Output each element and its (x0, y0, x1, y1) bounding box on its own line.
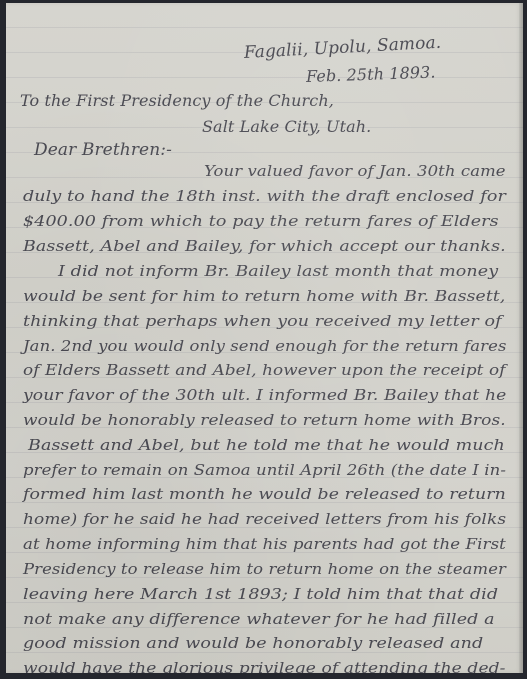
body-line: good mission and would be honorably rele… (23, 634, 483, 652)
body-line: I did not inform Br. Bailey last month t… (58, 262, 498, 280)
body-line: leaving here March 1st 1893; I told him … (23, 585, 498, 603)
salutation: Dear Brethren:- (34, 140, 172, 160)
body-line: duly to hand the 18th inst. with the dra… (23, 187, 506, 205)
body-line: would be sent for him to return home wit… (23, 287, 505, 305)
body-line: at home informing him that his parents h… (23, 535, 506, 553)
body-line: prefer to remain on Samoa until April 26… (23, 461, 506, 479)
recipient-line-2: Salt Lake City, Utah. (202, 117, 371, 136)
body-line: Jan. 2nd you would only send enough for … (23, 337, 506, 355)
body-line: not make any difference whatever for he … (23, 610, 495, 628)
paper-right-edge (519, 3, 523, 673)
recipient-line-1: To the First Presidency of the Church, (20, 91, 334, 110)
body-line: Presidency to release him to return home… (23, 560, 506, 578)
body-line: $400.00 from which to pay the return far… (23, 212, 499, 230)
body-line: Bassett and Abel, but he told me that he… (28, 436, 505, 454)
letter-date: Feb. 25th 1893. (306, 62, 436, 86)
body-line: Bassett, Abel and Bailey, for which acce… (23, 237, 506, 255)
body-line: of Elders Bassett and Abel, however upon… (23, 361, 506, 379)
body-line: your favor of the 30th ult. I informed B… (23, 386, 506, 404)
body-line: home) for he said he had received letter… (23, 510, 506, 528)
body-line: formed him last month he would be releas… (23, 485, 506, 503)
letter-page: Fagalii, Upolu, Samoa. Feb. 25th 1893. T… (6, 3, 523, 673)
body-line: would be honorably released to return ho… (23, 411, 506, 429)
body-line: Your valued favor of Jan. 30th came (204, 162, 506, 180)
body-line: thinking that perhaps when you received … (23, 312, 502, 330)
body-line: would have the glorious privilege of att… (23, 659, 506, 673)
letter-place: Fagalii, Upolu, Samoa. (243, 33, 441, 63)
